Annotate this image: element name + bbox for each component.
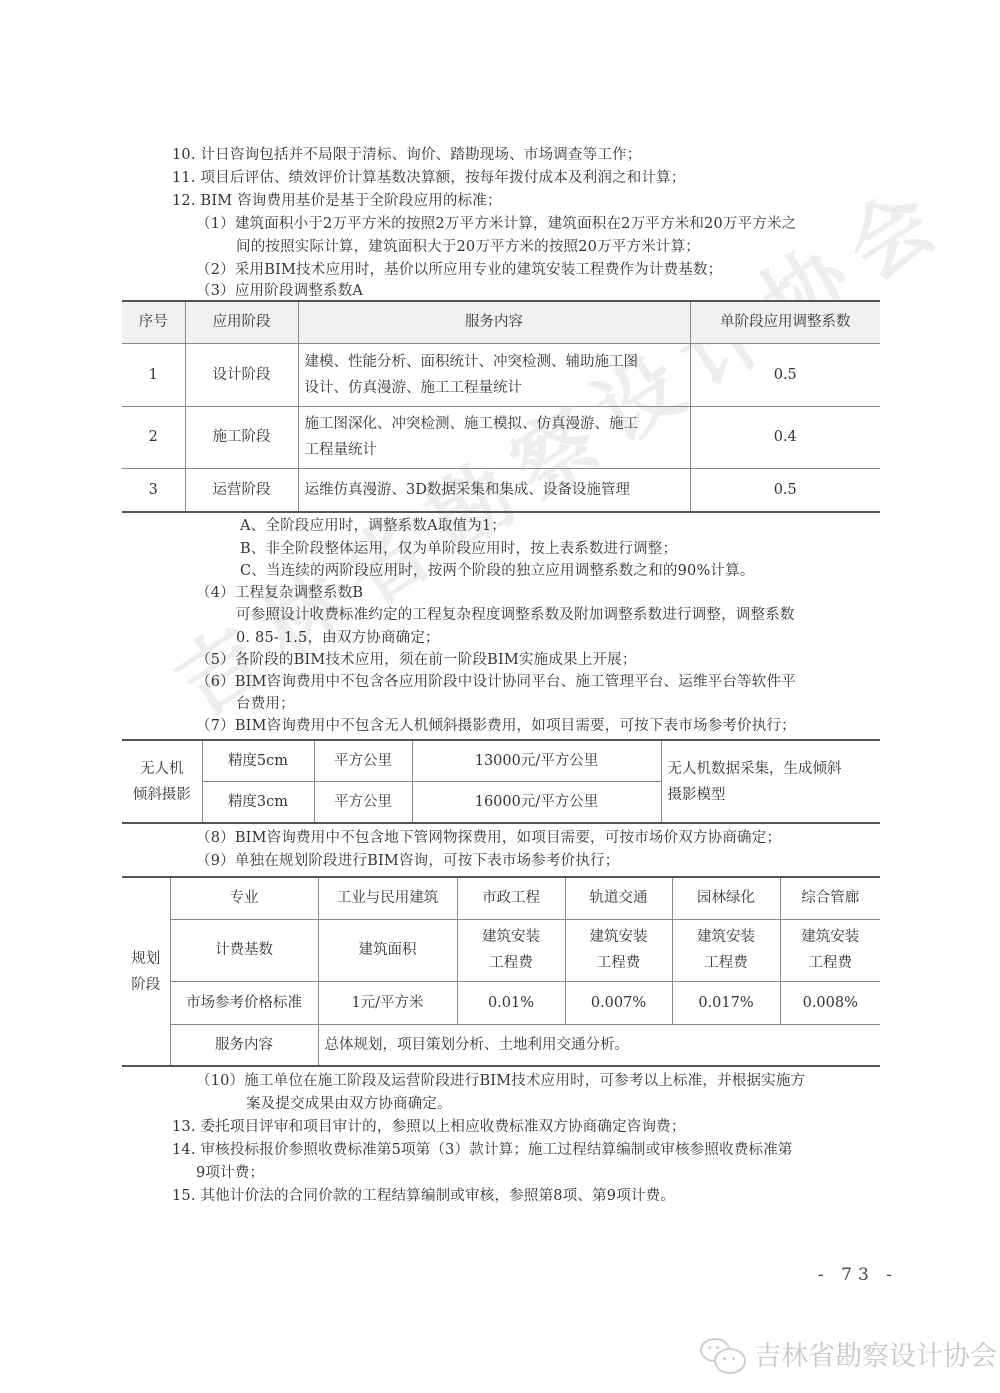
sub-item-7: （7）BIM咨询费用中不包含无人机倾斜摄影费用，如项目需要，可按下表市场参考价执… <box>196 716 796 736</box>
item-11: 11. 项目后评估、绩效评价计算基数决算额，按每年拨付成本及利润之和计算； <box>172 168 686 188</box>
basis-line1: 建筑安装 <box>572 924 666 950</box>
row-content: 施工图深化、冲突检测、施工模拟、仿真漫游、施工 工程量统计 <box>298 406 690 468</box>
row-coefficient: 0.5 <box>690 343 880 406</box>
row-no: 3 <box>122 468 185 512</box>
sub-item-3: （3）应用阶段调整系数A <box>196 281 363 301</box>
drone-description-line1: 无人机数据采集，生成倾斜 <box>668 756 875 782</box>
sub-item-4-line1: 可参照设计收费标准约定的工程复杂程度调整系数及附加调整系数进行调整，调整系数 <box>236 605 795 625</box>
row-content-line1: 施工图深化、冲突检测、施工模拟、仿真漫游、施工 <box>305 411 684 437</box>
row-stage: 设计阶段 <box>185 343 298 406</box>
planning-stage-table: 规划 阶段 专业 工业与民用建筑 市政工程 轨道交通 园林绿化 综合管廊 计费基… <box>122 876 880 1067</box>
row-no: 1 <box>122 343 185 406</box>
item-14-line2: 9项计费； <box>196 1163 264 1183</box>
table-row: 3 运营阶段 运维仿真漫游、3D数据采集和集成、设备设施管理 0.5 <box>122 468 880 512</box>
item-14-line1: 14. 审核投标报价参照收费标准第5项第（3）款计算；施工过程结算编制或审核参照… <box>172 1140 793 1160</box>
table-row: 市场参考价格标准 1元/平方米 0.01% 0.007% 0.017% 0.00… <box>122 981 880 1024</box>
sub-item-6-line1: （6）BIM咨询费用中不包含各应用阶段中设计协同平台、施工管理平台、运维平台等软… <box>196 672 796 692</box>
table-row: 无人机 倾斜摄影 精度5cm 平方公里 13000元/平方公里 无人机数据采集，… <box>122 740 880 781</box>
basis-line1: 建筑安装 <box>787 924 875 950</box>
note-c: C、当连续的两阶段应用时，按两个阶段的独立应用调整系数之和的90%计算。 <box>240 561 755 581</box>
basis-line2: 工程费 <box>572 950 666 976</box>
service-label: 服务内容 <box>170 1024 318 1066</box>
price-cell: 1元/平方米 <box>318 981 457 1024</box>
sub-item-6-line2: 台费用； <box>236 694 295 714</box>
basis-cell: 建筑安装工程费 <box>565 919 672 981</box>
basis-line1: 建筑安装 <box>464 924 559 950</box>
row-coefficient: 0.5 <box>690 468 880 512</box>
price-cell: 13000元/平方公里 <box>412 740 661 781</box>
sub-item-10-line2: 案及提交成果由双方协商确定。 <box>246 1094 452 1114</box>
drone-label: 无人机 倾斜摄影 <box>122 740 202 823</box>
specialty-cell: 轨道交通 <box>565 877 672 919</box>
row-stage: 运营阶段 <box>185 468 298 512</box>
basis-cell: 建筑安装工程费 <box>672 919 780 981</box>
planning-stage-label-line1: 规划 <box>128 946 164 972</box>
drone-description-line2: 摄影模型 <box>668 782 875 808</box>
table-header-row: 序号 应用阶段 服务内容 单阶段应用调整系数 <box>122 301 880 343</box>
item-15: 15. 其他计价法的合同价款的工程结算编制或审核，参照第8项、第9项计费。 <box>172 1186 675 1206</box>
table-row: 计费基数 建筑面积 建筑安装工程费 建筑安装工程费 建筑安装工程费 建筑安装工程… <box>122 919 880 981</box>
sub-item-1-line1: （1）建筑面积小于2万平方米的按照2万平方米计算，建筑面积在2万平方米和20万平… <box>196 214 796 234</box>
basis-line2: 工程费 <box>679 950 774 976</box>
row-stage: 施工阶段 <box>185 406 298 468</box>
header-no: 序号 <box>122 301 185 343</box>
service-cell: 总体规划，项目策划分析、土地利用交通分析。 <box>318 1024 880 1066</box>
row-no: 2 <box>122 406 185 468</box>
drone-label-line1: 无人机 <box>128 756 196 782</box>
row-content: 运维仿真漫游、3D数据采集和集成、设备设施管理 <box>298 468 690 512</box>
item-13: 13. 委托项目评审和项目审计的，参照以上相应收费标准双方协商确定咨询费； <box>172 1117 686 1137</box>
price-cell: 0.008% <box>780 981 880 1024</box>
basis-label: 计费基数 <box>170 919 318 981</box>
unit-cell: 平方公里 <box>314 781 412 823</box>
specialty-cell: 综合管廊 <box>780 877 880 919</box>
basis-cell: 建筑安装工程费 <box>780 919 880 981</box>
row-content: 建模、性能分析、面积统计、冲突检测、辅助施工图 设计、仿真漫游、施工工程量统计 <box>298 343 690 406</box>
note-a: A、全阶段应用时，调整系数A取值为1； <box>240 516 506 536</box>
sub-item-2: （2）采用BIM技术应用时，基价以所应用专业的建筑安装工程费作为计费基数； <box>196 260 722 280</box>
sub-item-4-line2: 0. 85- 1.5，由双方协商确定； <box>236 628 440 648</box>
sub-item-5: （5）各阶段的BIM技术应用，须在前一阶段BIM实施成果上开展； <box>196 650 637 670</box>
row-content-line2: 设计、仿真漫游、施工工程量统计 <box>305 375 684 401</box>
specialty-cell: 市政工程 <box>457 877 565 919</box>
table-row: 规划 阶段 专业 工业与民用建筑 市政工程 轨道交通 园林绿化 综合管廊 <box>122 877 880 919</box>
drone-survey-table: 无人机 倾斜摄影 精度5cm 平方公里 13000元/平方公里 无人机数据采集，… <box>122 739 880 824</box>
basis-line2: 工程费 <box>787 950 875 976</box>
unit-cell: 平方公里 <box>314 740 412 781</box>
row-content-line1: 建模、性能分析、面积统计、冲突检测、辅助施工图 <box>305 349 684 375</box>
specialty-label: 专业 <box>170 877 318 919</box>
planning-stage-label: 规划 阶段 <box>122 877 170 1066</box>
header-coefficient: 单阶段应用调整系数 <box>690 301 880 343</box>
item-10: 10. 计日咨询包括并不局限于清标、询价、踏勘现场、市场调查等工作； <box>172 145 641 165</box>
price-cell: 0.01% <box>457 981 565 1024</box>
document-page: 吉林省勘察设计协会 10. 计日咨询包括并不局限于清标、询价、踏勘现场、市场调查… <box>0 0 1000 1393</box>
basis-line1: 建筑安装 <box>679 924 774 950</box>
sub-item-10-line1: （10）施工单位在施工阶段及运营阶段进行BIM技术应用时，可参考以上标准，并根据… <box>196 1071 805 1091</box>
item-12: 12. BIM 咨询费用基价是基于全阶段应用的标准； <box>172 191 502 211</box>
basis-line2: 工程费 <box>464 950 559 976</box>
header-stage: 应用阶段 <box>185 301 298 343</box>
table-row: 2 施工阶段 施工图深化、冲突检测、施工模拟、仿真漫游、施工 工程量统计 0.4 <box>122 406 880 468</box>
sub-item-1-line2: 间的按照实际计算，建筑面积大于20万平方米的按照20万平方米计算； <box>236 237 700 257</box>
header-content: 服务内容 <box>298 301 690 343</box>
price-cell: 0.007% <box>565 981 672 1024</box>
stage-coefficient-table: 序号 应用阶段 服务内容 单阶段应用调整系数 1 设计阶段 建模、性能分析、面积… <box>122 300 880 513</box>
precision-cell: 精度5cm <box>202 740 314 781</box>
basis-cell: 建筑安装工程费 <box>457 919 565 981</box>
price-cell: 0.017% <box>672 981 780 1024</box>
sub-item-8: （8）BIM咨询费用中不包含地下管网物探费用，如项目需要，可按市场价双方协商确定… <box>196 828 781 848</box>
specialty-cell: 工业与民用建筑 <box>318 877 457 919</box>
price-label: 市场参考价格标准 <box>170 981 318 1024</box>
price-cell: 16000元/平方公里 <box>412 781 661 823</box>
basis-cell: 建筑面积 <box>318 919 457 981</box>
wechat-icon <box>700 1336 748 1372</box>
planning-stage-label-line2: 阶段 <box>128 972 164 998</box>
drone-description: 无人机数据采集，生成倾斜 摄影模型 <box>661 740 880 823</box>
table-row: 1 设计阶段 建模、性能分析、面积统计、冲突检测、辅助施工图 设计、仿真漫游、施… <box>122 343 880 406</box>
table-row: 服务内容 总体规划，项目策划分析、土地利用交通分析。 <box>122 1024 880 1066</box>
note-b: B、非全阶段整体运用，仅为单阶段应用时，按上表系数进行调整； <box>240 539 677 559</box>
row-coefficient: 0.4 <box>690 406 880 468</box>
account-name: 吉林省勘察设计协会 <box>754 1334 997 1373</box>
sub-item-4-title: （4）工程复杂调整系数B <box>196 583 363 603</box>
drone-label-line2: 倾斜摄影 <box>128 782 196 808</box>
footer-account: 吉林省勘察设计协会 <box>700 1334 997 1373</box>
precision-cell: 精度3cm <box>202 781 314 823</box>
row-content-line2: 工程量统计 <box>305 437 684 463</box>
page-number: - 73 - <box>818 1265 898 1285</box>
specialty-cell: 园林绿化 <box>672 877 780 919</box>
sub-item-9: （9）单独在规划阶段进行BIM咨询，可按下表市场参考价执行； <box>196 851 619 871</box>
